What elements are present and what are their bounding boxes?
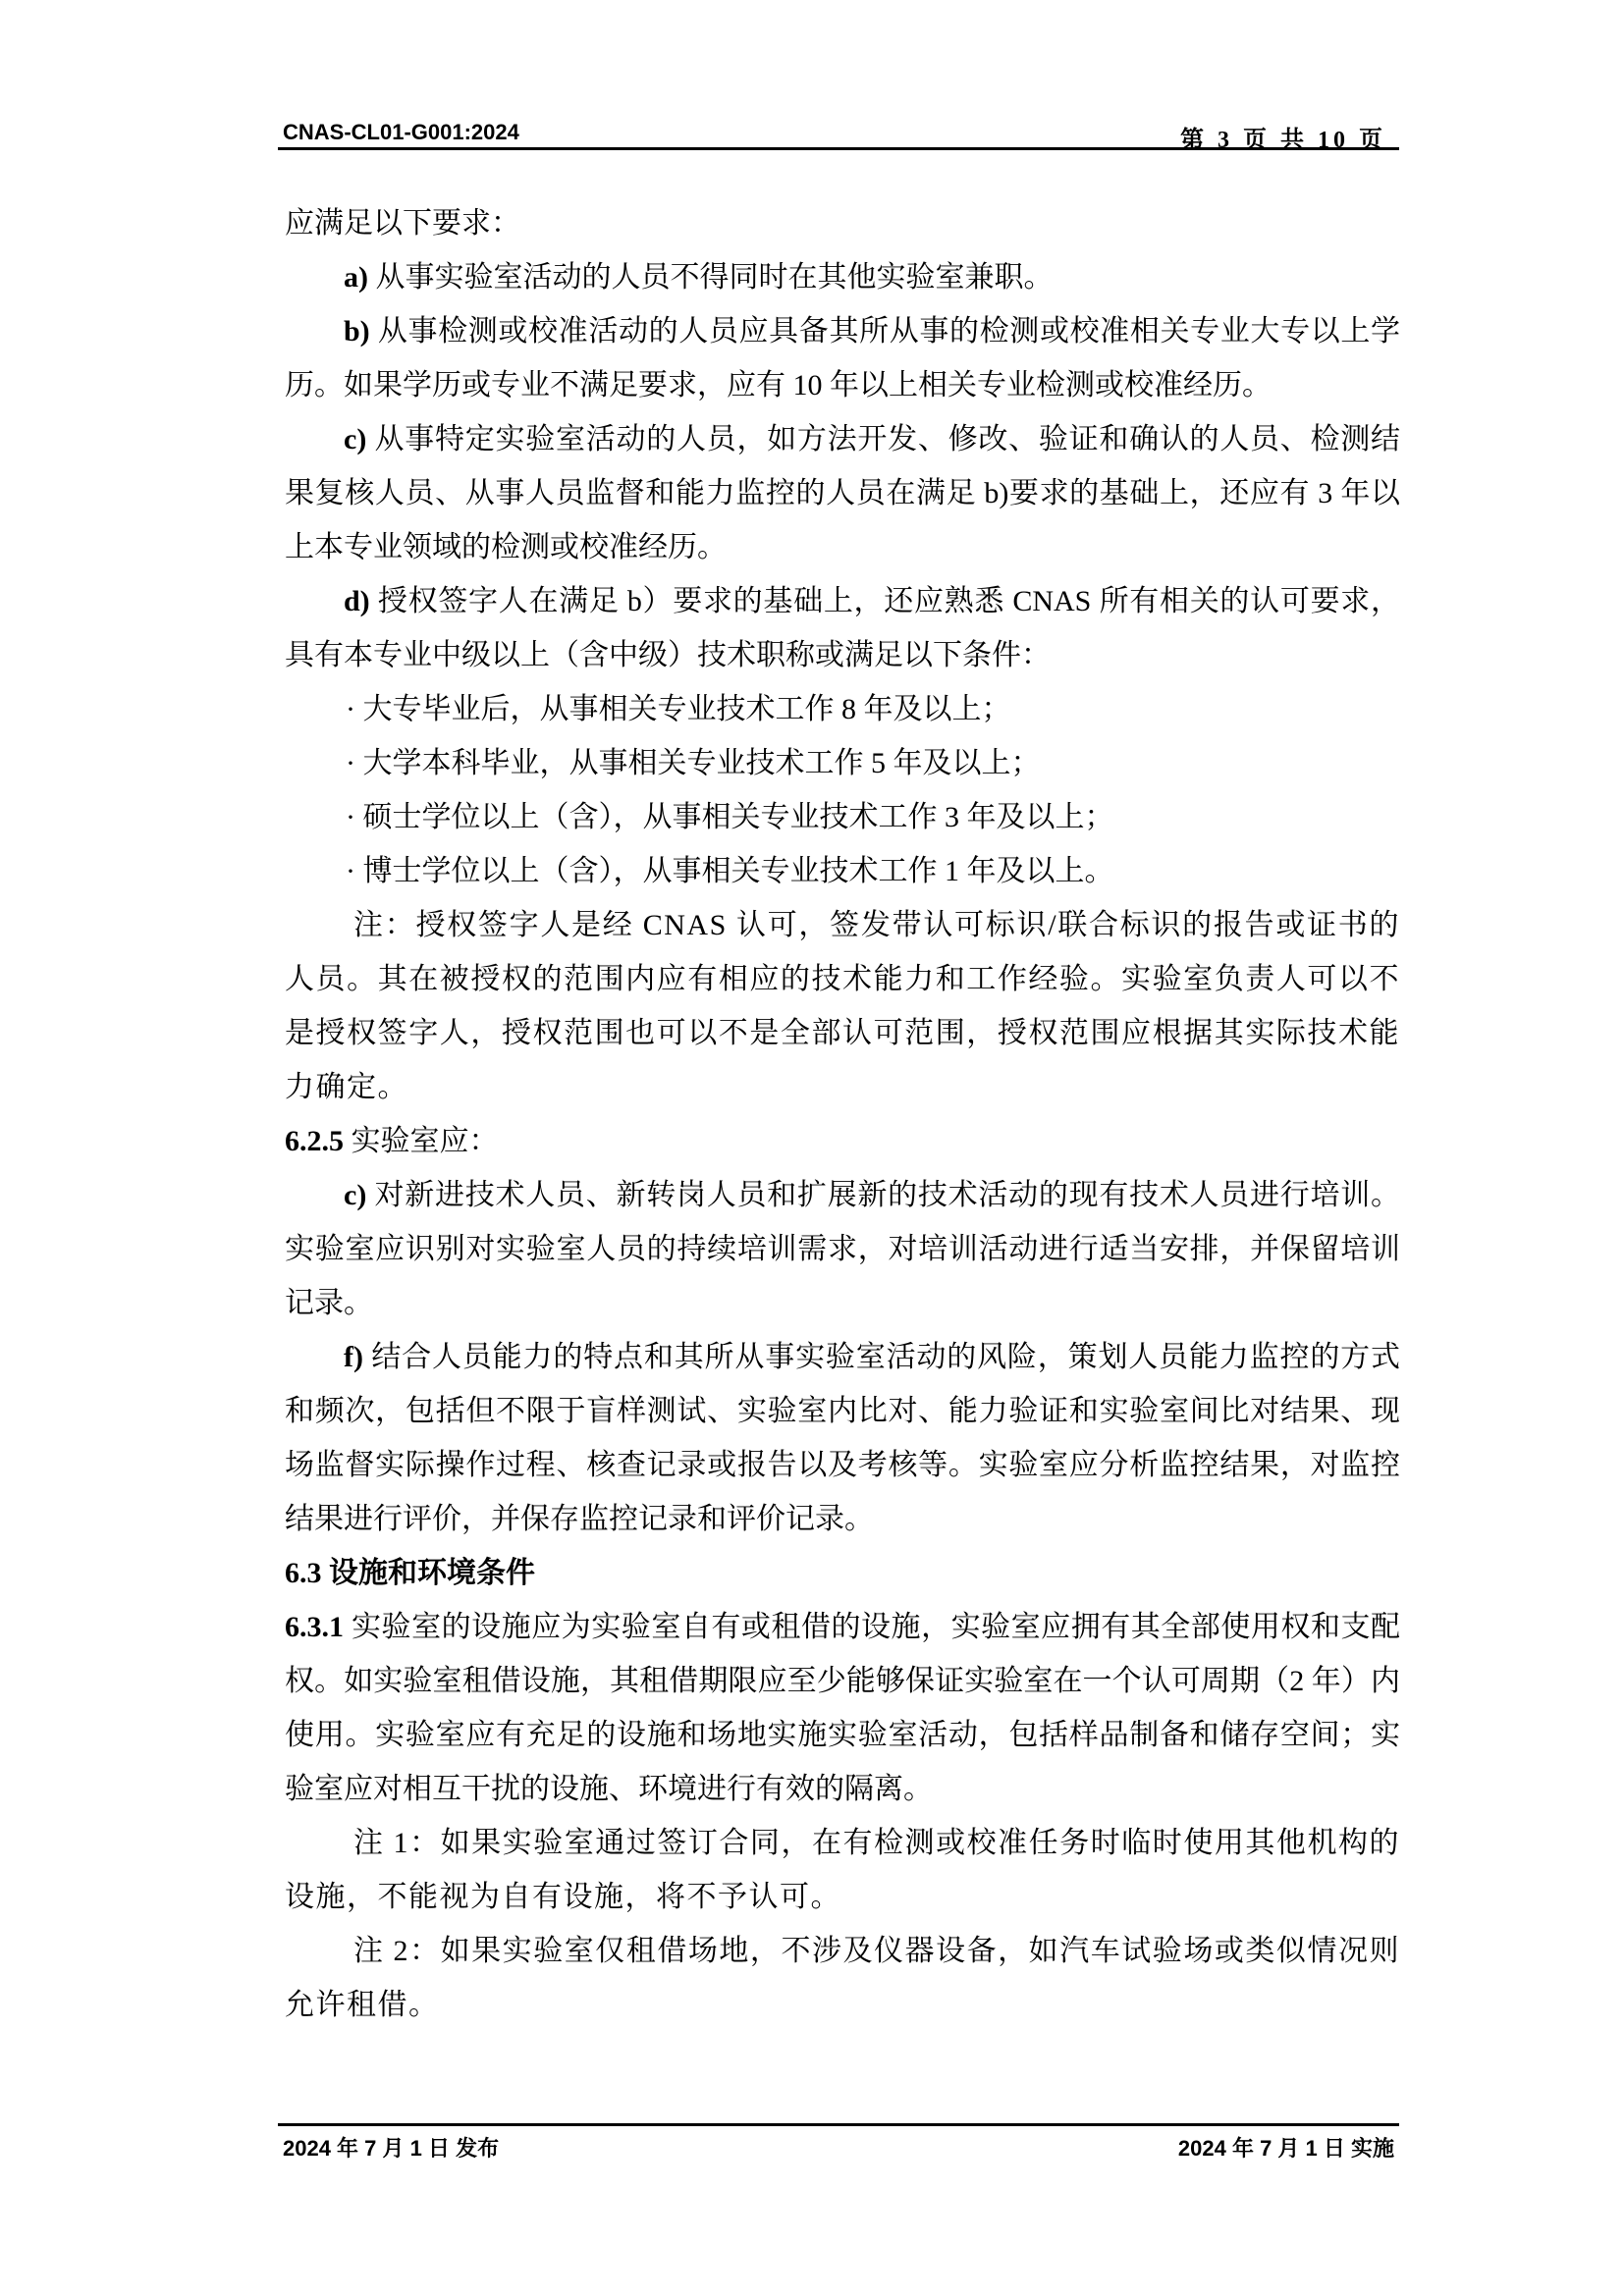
document-page: CNAS-CL01-G001:2024 第 3 页 共 10 页 应满足以下要求… xyxy=(0,0,1624,2296)
item-text: 授权签字人在满足 b）要求的基础上，还应熟悉 CNAS 所有相关的认可要求，具有… xyxy=(285,585,1400,671)
requirement-6-2-5-c: c) 对新进技术人员、新转岗人员和扩展新的技术活动的现有技术人员进行培训。实验室… xyxy=(285,1168,1400,1330)
section-title: 实验室应： xyxy=(344,1125,499,1157)
document-id: CNAS-CL01-G001:2024 xyxy=(283,120,519,145)
requirement-6-2-5-f: f) 结合人员能力的特点和其所从事实验室活动的风险，策划人员能力监控的方式和频次… xyxy=(285,1330,1400,1546)
item-label: f) xyxy=(344,1341,363,1373)
requirement-b: b) 从事检测或校准活动的人员应具备其所从事的检测或校准相关专业大专以上学历。如… xyxy=(285,304,1400,412)
page-header: CNAS-CL01-G001:2024 第 3 页 共 10 页 xyxy=(283,120,1398,149)
page-footer: 2024 年 7 月 1 日 发布 2024 年 7 月 1 日 实施 xyxy=(283,2132,1398,2162)
requirement-a: a) 从事实验室活动的人员不得同时在其他实验室兼职。 xyxy=(285,250,1400,304)
bullet-item: · 硕士学位以上（含），从事相关专业技术工作 3 年及以上； xyxy=(285,790,1400,844)
item-label: d) xyxy=(344,585,370,617)
note-2: 注 2：如果实验室仅租借场地，不涉及仪器设备，如汽车试验场或类似情况则允许租借。 xyxy=(285,1924,1400,2032)
item-text: 对新进技术人员、新转岗人员和扩展新的技术活动的现有技术人员进行培训。实验室应识别… xyxy=(285,1179,1400,1319)
note-authorized-signatory: 注：授权签字人是经 CNAS 认可，签发带认可标识/联合标识的报告或证书的人员。… xyxy=(285,898,1400,1114)
item-text: 从事检测或校准活动的人员应具备其所从事的检测或校准相关专业大专以上学历。如果学历… xyxy=(285,315,1400,401)
clause-text: 实验室的设施应为实验室自有或租借的设施，实验室应拥有其全部使用权和支配权。如实验… xyxy=(285,1611,1400,1805)
item-label: a) xyxy=(344,261,368,294)
requirement-c: c) 从事特定实验室活动的人员，如方法开发、修改、验证和确认的人员、检测结果复核… xyxy=(285,412,1400,574)
header-rule xyxy=(278,147,1399,150)
bullet-item: · 博士学位以上（含），从事相关专业技术工作 1 年及以上。 xyxy=(285,844,1400,898)
intro-line: 应满足以下要求： xyxy=(285,196,1400,250)
bullet-item: · 大学本科毕业，从事相关专业技术工作 5 年及以上； xyxy=(285,736,1400,790)
note-1: 注 1：如果实验室通过签订合同，在有检测或校准任务时临时使用其他机构的设施，不能… xyxy=(285,1816,1400,1924)
requirement-d: d) 授权签字人在满足 b）要求的基础上，还应熟悉 CNAS 所有相关的认可要求… xyxy=(285,574,1400,682)
item-label: b) xyxy=(344,315,370,347)
bullet-item: · 大专毕业后，从事相关专业技术工作 8 年及以上； xyxy=(285,682,1400,736)
item-text: 从事实验室活动的人员不得同时在其他实验室兼职。 xyxy=(368,261,1054,294)
section-number: 6.2.5 xyxy=(285,1125,344,1157)
section-6-3-heading: 6.3 设施和环境条件 xyxy=(285,1546,1400,1600)
clause-number: 6.3.1 xyxy=(285,1611,344,1643)
implementation-date: 2024 年 7 月 1 日 实施 xyxy=(1178,2132,1394,2163)
item-label: c) xyxy=(344,1179,366,1211)
item-label: c) xyxy=(344,423,366,455)
issue-date: 2024 年 7 月 1 日 发布 xyxy=(283,2132,499,2163)
item-text: 从事特定实验室活动的人员，如方法开发、修改、验证和确认的人员、检测结果复核人员、… xyxy=(285,423,1400,563)
clause-6-3-1: 6.3.1 实验室的设施应为实验室自有或租借的设施，实验室应拥有其全部使用权和支… xyxy=(285,1600,1400,1816)
item-text: 结合人员能力的特点和其所从事实验室活动的风险，策划人员能力监控的方式和频次，包括… xyxy=(285,1341,1400,1535)
footer-rule xyxy=(278,2123,1399,2126)
section-6-2-5-heading: 6.2.5 实验室应： xyxy=(285,1114,1400,1168)
document-body: 应满足以下要求： a) 从事实验室活动的人员不得同时在其他实验室兼职。 b) 从… xyxy=(285,196,1400,2032)
